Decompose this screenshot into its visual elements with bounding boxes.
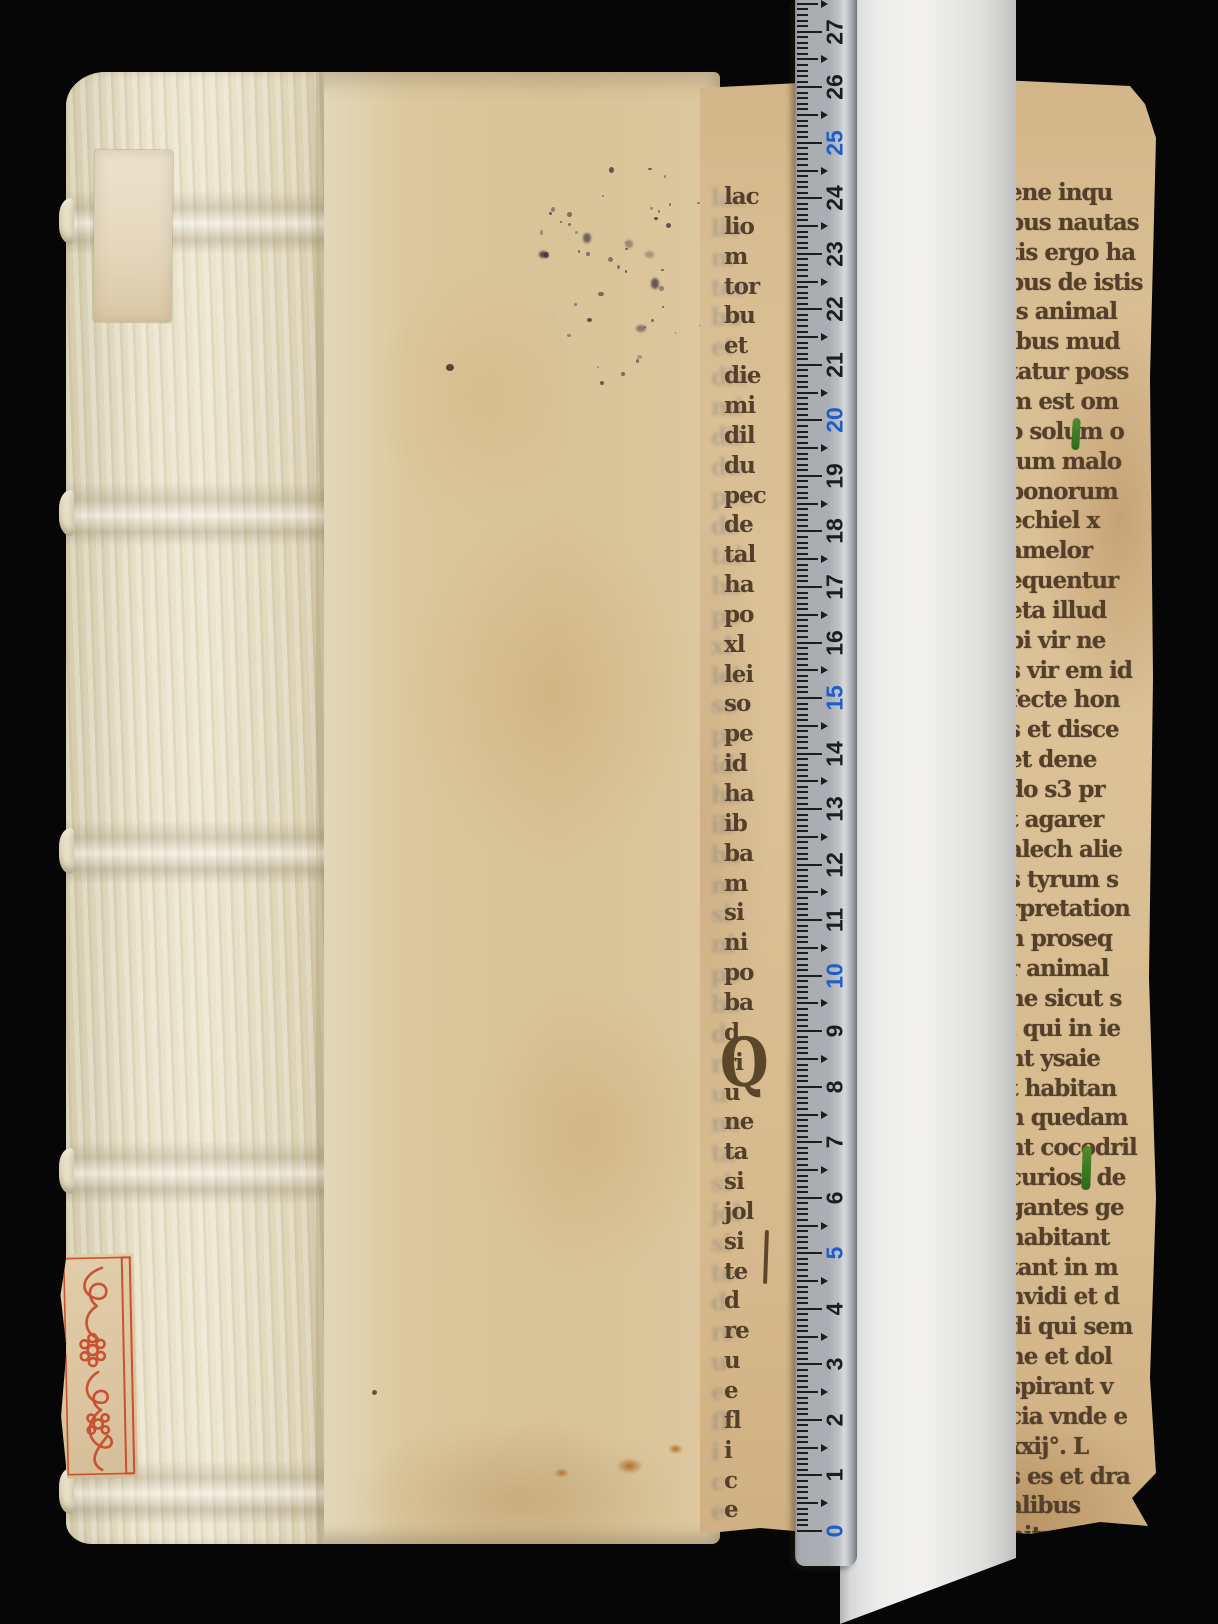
text-line: spirant v — [1008, 1374, 1113, 1400]
ruler-tick-arrow — [821, 500, 828, 508]
ruler-tick — [797, 1375, 808, 1377]
ruler-tick — [797, 158, 808, 160]
ruler-tick — [797, 908, 808, 910]
ruler-tick — [797, 1036, 808, 1038]
ink-speck — [662, 306, 664, 308]
ruler-tick — [797, 1480, 808, 1482]
ruler-tick — [797, 780, 818, 782]
ink-speck — [617, 265, 620, 269]
ruler-tick — [797, 1169, 818, 1171]
ruler-tick-arrow — [821, 1166, 828, 1174]
ruler-tick — [797, 1275, 808, 1277]
text-line-fragment: lei — [724, 662, 753, 688]
ruler-tick — [797, 647, 808, 649]
ink-speck — [675, 332, 677, 334]
text-line-fragment: tal — [724, 542, 755, 568]
ruler-tick — [797, 1102, 808, 1104]
ruler-tick — [797, 769, 808, 771]
stain — [668, 1444, 683, 1454]
ruler-tick — [797, 786, 808, 788]
ruler-tick — [797, 247, 808, 249]
ruler-tick — [797, 1241, 808, 1243]
ruler-tick — [797, 986, 808, 988]
ruler-tick — [797, 1524, 808, 1526]
ruler-tick — [797, 814, 808, 816]
text-line: alibus — [1008, 1493, 1080, 1519]
ruler-tick — [797, 664, 808, 666]
ruler-tick — [797, 925, 808, 927]
ruler-tick — [797, 175, 808, 177]
ruler-tick — [797, 547, 808, 549]
text-line-fragment: lac — [724, 184, 759, 210]
ink-speck — [608, 257, 613, 262]
stain — [446, 364, 454, 371]
ruler-tick — [797, 64, 808, 66]
ruler-number: 18 — [822, 519, 849, 545]
ruler-tick — [797, 181, 808, 183]
ruler-tick-arrow — [821, 0, 828, 8]
ruler-tick — [797, 142, 822, 144]
text-line: equentur — [1008, 568, 1118, 594]
ruler-tick — [797, 14, 808, 16]
ruler-tick — [797, 1208, 808, 1210]
ruler-tick — [797, 47, 808, 49]
ruler-tick — [797, 1258, 808, 1260]
text-line-fragment: pe — [724, 721, 753, 747]
ruler-tick — [797, 480, 808, 482]
ruler-tick-arrow — [821, 1388, 828, 1396]
text-line: s vir em id — [1008, 658, 1132, 684]
text-line-fragment: ha — [724, 572, 754, 598]
ruler-tick — [797, 1091, 808, 1093]
ruler-tick — [797, 747, 808, 749]
ruler-tick — [797, 364, 822, 366]
ink-speck — [621, 372, 625, 377]
text-line: r animal — [1008, 956, 1108, 982]
ruler-tick — [797, 969, 808, 971]
ruler-tick — [797, 425, 808, 427]
ruler-tick — [797, 208, 808, 210]
ruler-tick — [797, 775, 808, 777]
ruler-tick — [797, 830, 808, 832]
ruler-number: 8 — [822, 1080, 849, 1093]
ruler-tick — [797, 586, 822, 588]
ruler-tick — [797, 958, 808, 960]
text-line-fragment: xl — [724, 632, 744, 658]
text-line-fragment: et — [724, 333, 747, 359]
ruler-tick — [797, 1286, 808, 1288]
ruler-tick — [797, 1363, 822, 1365]
ruler-tick — [797, 170, 818, 172]
text-line-fragment: jol — [724, 1199, 753, 1225]
ruler-tick — [797, 1530, 822, 1532]
ruler-tick-arrow — [821, 833, 828, 841]
ruler-tick — [797, 1519, 808, 1521]
text-line-fragment: du — [724, 453, 755, 479]
ruler-tick-arrow — [821, 999, 828, 1007]
ink-speck — [600, 381, 604, 385]
ruler-tick — [797, 808, 822, 810]
ruler-tick — [797, 186, 808, 188]
text-line-fragment: mi — [724, 393, 755, 419]
ruler-tick — [797, 880, 808, 882]
ruler-tick — [797, 725, 818, 727]
ink-speck — [651, 278, 659, 288]
ruler-tick — [797, 408, 808, 410]
ruler-tick — [797, 1075, 808, 1077]
ruler-tick — [797, 1008, 808, 1010]
ink-speck — [540, 230, 543, 234]
ruler-tick — [797, 1247, 808, 1249]
ruler-tick — [797, 947, 818, 949]
ruler-tick — [797, 1130, 808, 1132]
ruler-tick — [797, 886, 808, 888]
ruler-tick — [797, 1269, 808, 1271]
ruler-tick-arrow — [821, 1111, 828, 1119]
text-line: s et disce — [1008, 717, 1119, 743]
ruler-tick — [797, 530, 822, 532]
floral-ornament-graphic — [58, 1253, 139, 1479]
ruler-tick — [797, 219, 808, 221]
ruler-tick — [797, 553, 808, 555]
ruler-tick — [797, 580, 808, 582]
ink-speck — [567, 334, 571, 338]
text-line-fragment: lio — [724, 214, 754, 240]
ruler-tick — [797, 1386, 808, 1388]
ruler-tick — [797, 25, 808, 27]
ruler-tick — [797, 592, 808, 594]
cover-panel — [316, 72, 720, 1544]
ruler-tick — [797, 1097, 808, 1099]
text-line-fragment: si — [724, 900, 744, 926]
ruler-tick — [797, 614, 818, 616]
ink-speck — [661, 269, 664, 271]
ruler-tick — [797, 292, 808, 294]
text-line: m est om — [1008, 389, 1118, 415]
ruler-tick — [797, 369, 808, 371]
ruler-tick — [797, 8, 808, 10]
text-line: do s3 pr — [1008, 777, 1105, 803]
ruler-number: 17 — [822, 574, 849, 600]
ruler-tick — [797, 403, 808, 405]
green-pigment-mark — [1081, 1146, 1092, 1190]
ruler-number: 16 — [822, 630, 849, 656]
ruler-tick — [797, 819, 808, 821]
ruler-tick — [797, 503, 818, 505]
ruler-tick — [797, 1219, 808, 1221]
text-line: amelor — [1008, 538, 1092, 564]
ink-speck — [587, 318, 592, 322]
ruler-tick — [797, 153, 808, 155]
ruler-tick — [797, 642, 822, 644]
ruler-tick — [797, 564, 808, 566]
ruler-tick — [797, 669, 818, 671]
spine-raised-band — [66, 1140, 324, 1204]
text-line-fragment: de — [724, 512, 753, 538]
ruler-tick — [797, 508, 808, 510]
ruler-tick — [797, 1291, 808, 1293]
text-line: cia vnde e — [1008, 1404, 1127, 1430]
ruler-tick — [797, 1313, 808, 1315]
ruler-tick-arrow — [821, 555, 828, 563]
bookplate-ornament — [58, 1253, 139, 1479]
text-line-fragment: m — [724, 244, 747, 270]
text-line-fragment: m — [724, 871, 747, 897]
ink-speck — [650, 207, 653, 210]
text-line-fragment: po — [724, 602, 753, 628]
ink-speck — [575, 231, 579, 234]
ruler-tick — [797, 525, 808, 527]
ruler-tick — [797, 236, 808, 238]
text-line: echiel x — [1008, 508, 1099, 534]
text-line: s tyrum s — [1008, 867, 1118, 893]
ruler-tick — [797, 1436, 808, 1438]
text-line-fragment: u — [724, 1348, 740, 1374]
ink-speck — [560, 221, 562, 223]
ruler-number: 4 — [822, 1302, 849, 1315]
ruler-tick — [797, 1391, 818, 1393]
ruler-tick — [797, 1336, 818, 1338]
text-line-fragment: e — [724, 1497, 738, 1523]
ruler-tick-arrow — [821, 722, 828, 730]
ink-speck — [549, 212, 552, 215]
text-line-fragment: si — [724, 1229, 744, 1255]
ruler-tick — [797, 319, 808, 321]
ruler-tick — [797, 991, 808, 993]
ruler-tick — [797, 136, 808, 138]
ruler-tick — [797, 214, 808, 216]
ruler-tick — [797, 758, 808, 760]
ruler-tick — [797, 497, 808, 499]
text-line-fragment: ne — [724, 1109, 753, 1135]
ruler-tick — [797, 1474, 822, 1476]
ruler-tick — [797, 347, 808, 349]
ruler-tick — [797, 697, 822, 699]
ruler-tick — [797, 1125, 808, 1127]
ruler-tick-arrow — [821, 55, 828, 63]
text-line-fragment: dil — [724, 423, 755, 449]
ruler-tick — [797, 231, 808, 233]
ruler-tick — [797, 1263, 808, 1265]
ruler-tick — [797, 1319, 808, 1321]
ruler-tick — [797, 1014, 808, 1016]
ruler-tick-arrow — [821, 389, 828, 397]
text-line-fragment: ba — [724, 841, 753, 867]
ink-speck — [574, 303, 578, 306]
ruler-tick — [797, 869, 808, 871]
ruler-tick — [797, 1347, 808, 1349]
text-line: n proseq — [1008, 926, 1112, 952]
text-line-fragment: so — [724, 691, 750, 717]
ruler-number: 19 — [822, 463, 849, 489]
ruler-tick — [797, 31, 822, 33]
ruler-tick — [797, 1236, 808, 1238]
ruler-tick — [797, 625, 808, 627]
ruler-tick — [797, 1502, 818, 1504]
ruler-tick — [797, 964, 808, 966]
ruler-number: 11 — [822, 908, 849, 932]
green-pigment-mark — [1071, 418, 1081, 450]
ruler-tick — [797, 1458, 808, 1460]
ruler-tick — [797, 1452, 808, 1454]
ruler-tick — [797, 1280, 818, 1282]
text-line-fragment: c — [724, 1468, 737, 1494]
ink-speck — [568, 223, 571, 226]
ruler-tick — [797, 264, 808, 266]
ruler-tick — [797, 797, 808, 799]
ink-speck — [597, 366, 599, 368]
ink-speck — [636, 359, 639, 363]
ruler-tick-arrow — [821, 1333, 828, 1341]
ruler-tick — [797, 1513, 808, 1515]
book-spine — [66, 72, 324, 1544]
spine-raised-band — [66, 482, 324, 546]
ruler-tick — [797, 853, 808, 855]
ruler-tick — [797, 1175, 808, 1177]
ruler-tick — [797, 1141, 822, 1143]
ruler-tick — [797, 225, 818, 227]
ruler-tick — [797, 1441, 808, 1443]
text-line: nt ysaie — [1008, 1046, 1100, 1072]
ruler-tick — [797, 1486, 808, 1488]
ruler-tick — [797, 42, 808, 44]
ruler-tick — [797, 730, 808, 732]
ink-speck — [664, 175, 666, 178]
ruler-number: 14 — [822, 741, 849, 767]
ruler-tick — [797, 314, 808, 316]
text-line: tatur poss — [1008, 359, 1128, 385]
text-line: bi vir ne — [1008, 628, 1105, 654]
text-line: nvidi et d — [1008, 1284, 1119, 1310]
ruler-number: 1 — [822, 1469, 849, 1482]
ruler-number: 6 — [822, 1191, 849, 1204]
ruler-number: 21 — [822, 352, 849, 378]
ruler-tick — [797, 1508, 808, 1510]
ruler-tick — [797, 1002, 818, 1004]
ink-speck — [609, 167, 614, 173]
ruler-tick — [797, 1408, 808, 1410]
ruler-tick — [797, 486, 808, 488]
text-line: et dene — [1008, 747, 1096, 773]
ink-speck — [586, 252, 589, 255]
ruler-tick — [797, 764, 808, 766]
ruler-tick — [797, 608, 808, 610]
text-line: di qui sem — [1008, 1314, 1132, 1340]
ruler-tick — [797, 353, 808, 355]
ruler-tick — [797, 1080, 808, 1082]
text-line: xxij°. L — [1008, 1434, 1088, 1460]
ruler-tick — [797, 108, 808, 110]
ruler-tick — [797, 603, 808, 605]
ruler-tick — [797, 680, 808, 682]
text-line-fragment: ta — [724, 1139, 748, 1165]
text-line: ne et dol — [1008, 1344, 1112, 1370]
ruler-tick — [797, 75, 808, 77]
ruler-tick — [797, 203, 808, 205]
ruler-tick — [797, 803, 808, 805]
text-line: ne sicut s — [1008, 986, 1121, 1012]
ruler-tick — [797, 897, 808, 899]
ruler-tick — [797, 1491, 808, 1493]
text-line: bus nautas — [1008, 210, 1139, 236]
ruler-tick — [797, 1358, 808, 1360]
ink-speck — [654, 217, 658, 220]
ruler-tick — [797, 719, 808, 721]
ruler-tick — [797, 147, 808, 149]
ruler-tick — [797, 1225, 818, 1227]
ruler-tick — [797, 1147, 808, 1149]
text-line-fragment: fl — [724, 1408, 741, 1434]
ruler-tick — [797, 691, 808, 693]
ruler-tick — [797, 381, 808, 383]
pen-stroke — [763, 1230, 769, 1284]
ruler-tick — [797, 269, 808, 271]
ink-speck — [583, 233, 591, 243]
text-line-fragment: tor — [724, 274, 759, 300]
ruler-number: 25 — [822, 130, 849, 156]
ruler-tick-arrow — [821, 1277, 828, 1285]
text-line-fragment: id — [724, 751, 747, 777]
ruler-tick — [797, 397, 808, 399]
ruler-tick — [797, 836, 818, 838]
ruler-tick — [797, 1186, 808, 1188]
ruler-tick — [797, 980, 808, 982]
ruler-tick — [797, 336, 818, 338]
ruler-tick — [797, 858, 808, 860]
ruler-tick — [797, 1058, 818, 1060]
ruler-tick — [797, 447, 818, 449]
ruler-tick — [797, 436, 808, 438]
ruler-tick-arrow — [821, 111, 828, 119]
text-line: s es et dra — [1008, 1464, 1130, 1490]
ruler-tick — [797, 53, 808, 55]
ruler-tick — [797, 1413, 808, 1415]
ink-speck — [625, 248, 628, 250]
ruler-tick — [797, 103, 808, 105]
ruler-number: 2 — [822, 1414, 849, 1427]
text-line: t habitan — [1008, 1076, 1116, 1102]
ruler-tick — [797, 891, 818, 893]
ruler-tick — [797, 242, 808, 244]
ruler-tick — [797, 70, 808, 72]
ruler-number: 12 — [822, 852, 849, 878]
ruler-tick — [797, 1297, 808, 1299]
ruler-tick — [797, 997, 808, 999]
ruler-number: 9 — [822, 1025, 849, 1038]
ruler-tick-arrow — [821, 944, 828, 952]
text-line: bonorum — [1008, 479, 1118, 505]
ruler-tick — [797, 952, 808, 954]
ruler-tick — [797, 1402, 808, 1404]
ruler-tick — [797, 1019, 808, 1021]
ink-speck — [659, 286, 663, 291]
ruler-tick — [797, 464, 808, 466]
ruler-tick — [797, 619, 808, 621]
ruler-tick — [797, 1152, 808, 1154]
ruler-tick — [797, 1064, 808, 1066]
ruler-tick — [797, 81, 808, 83]
spine-raised-band — [66, 820, 324, 884]
ruler-tick — [797, 192, 808, 194]
ruler-tick — [797, 131, 808, 133]
ink-speck — [554, 312, 556, 313]
ruler-tick — [797, 919, 822, 921]
book-cover — [66, 72, 720, 1544]
ruler-tick — [797, 297, 808, 299]
ruler-tick — [797, 414, 808, 416]
text-line-fragment: i — [724, 1438, 732, 1464]
ruler-tick — [797, 1308, 822, 1310]
